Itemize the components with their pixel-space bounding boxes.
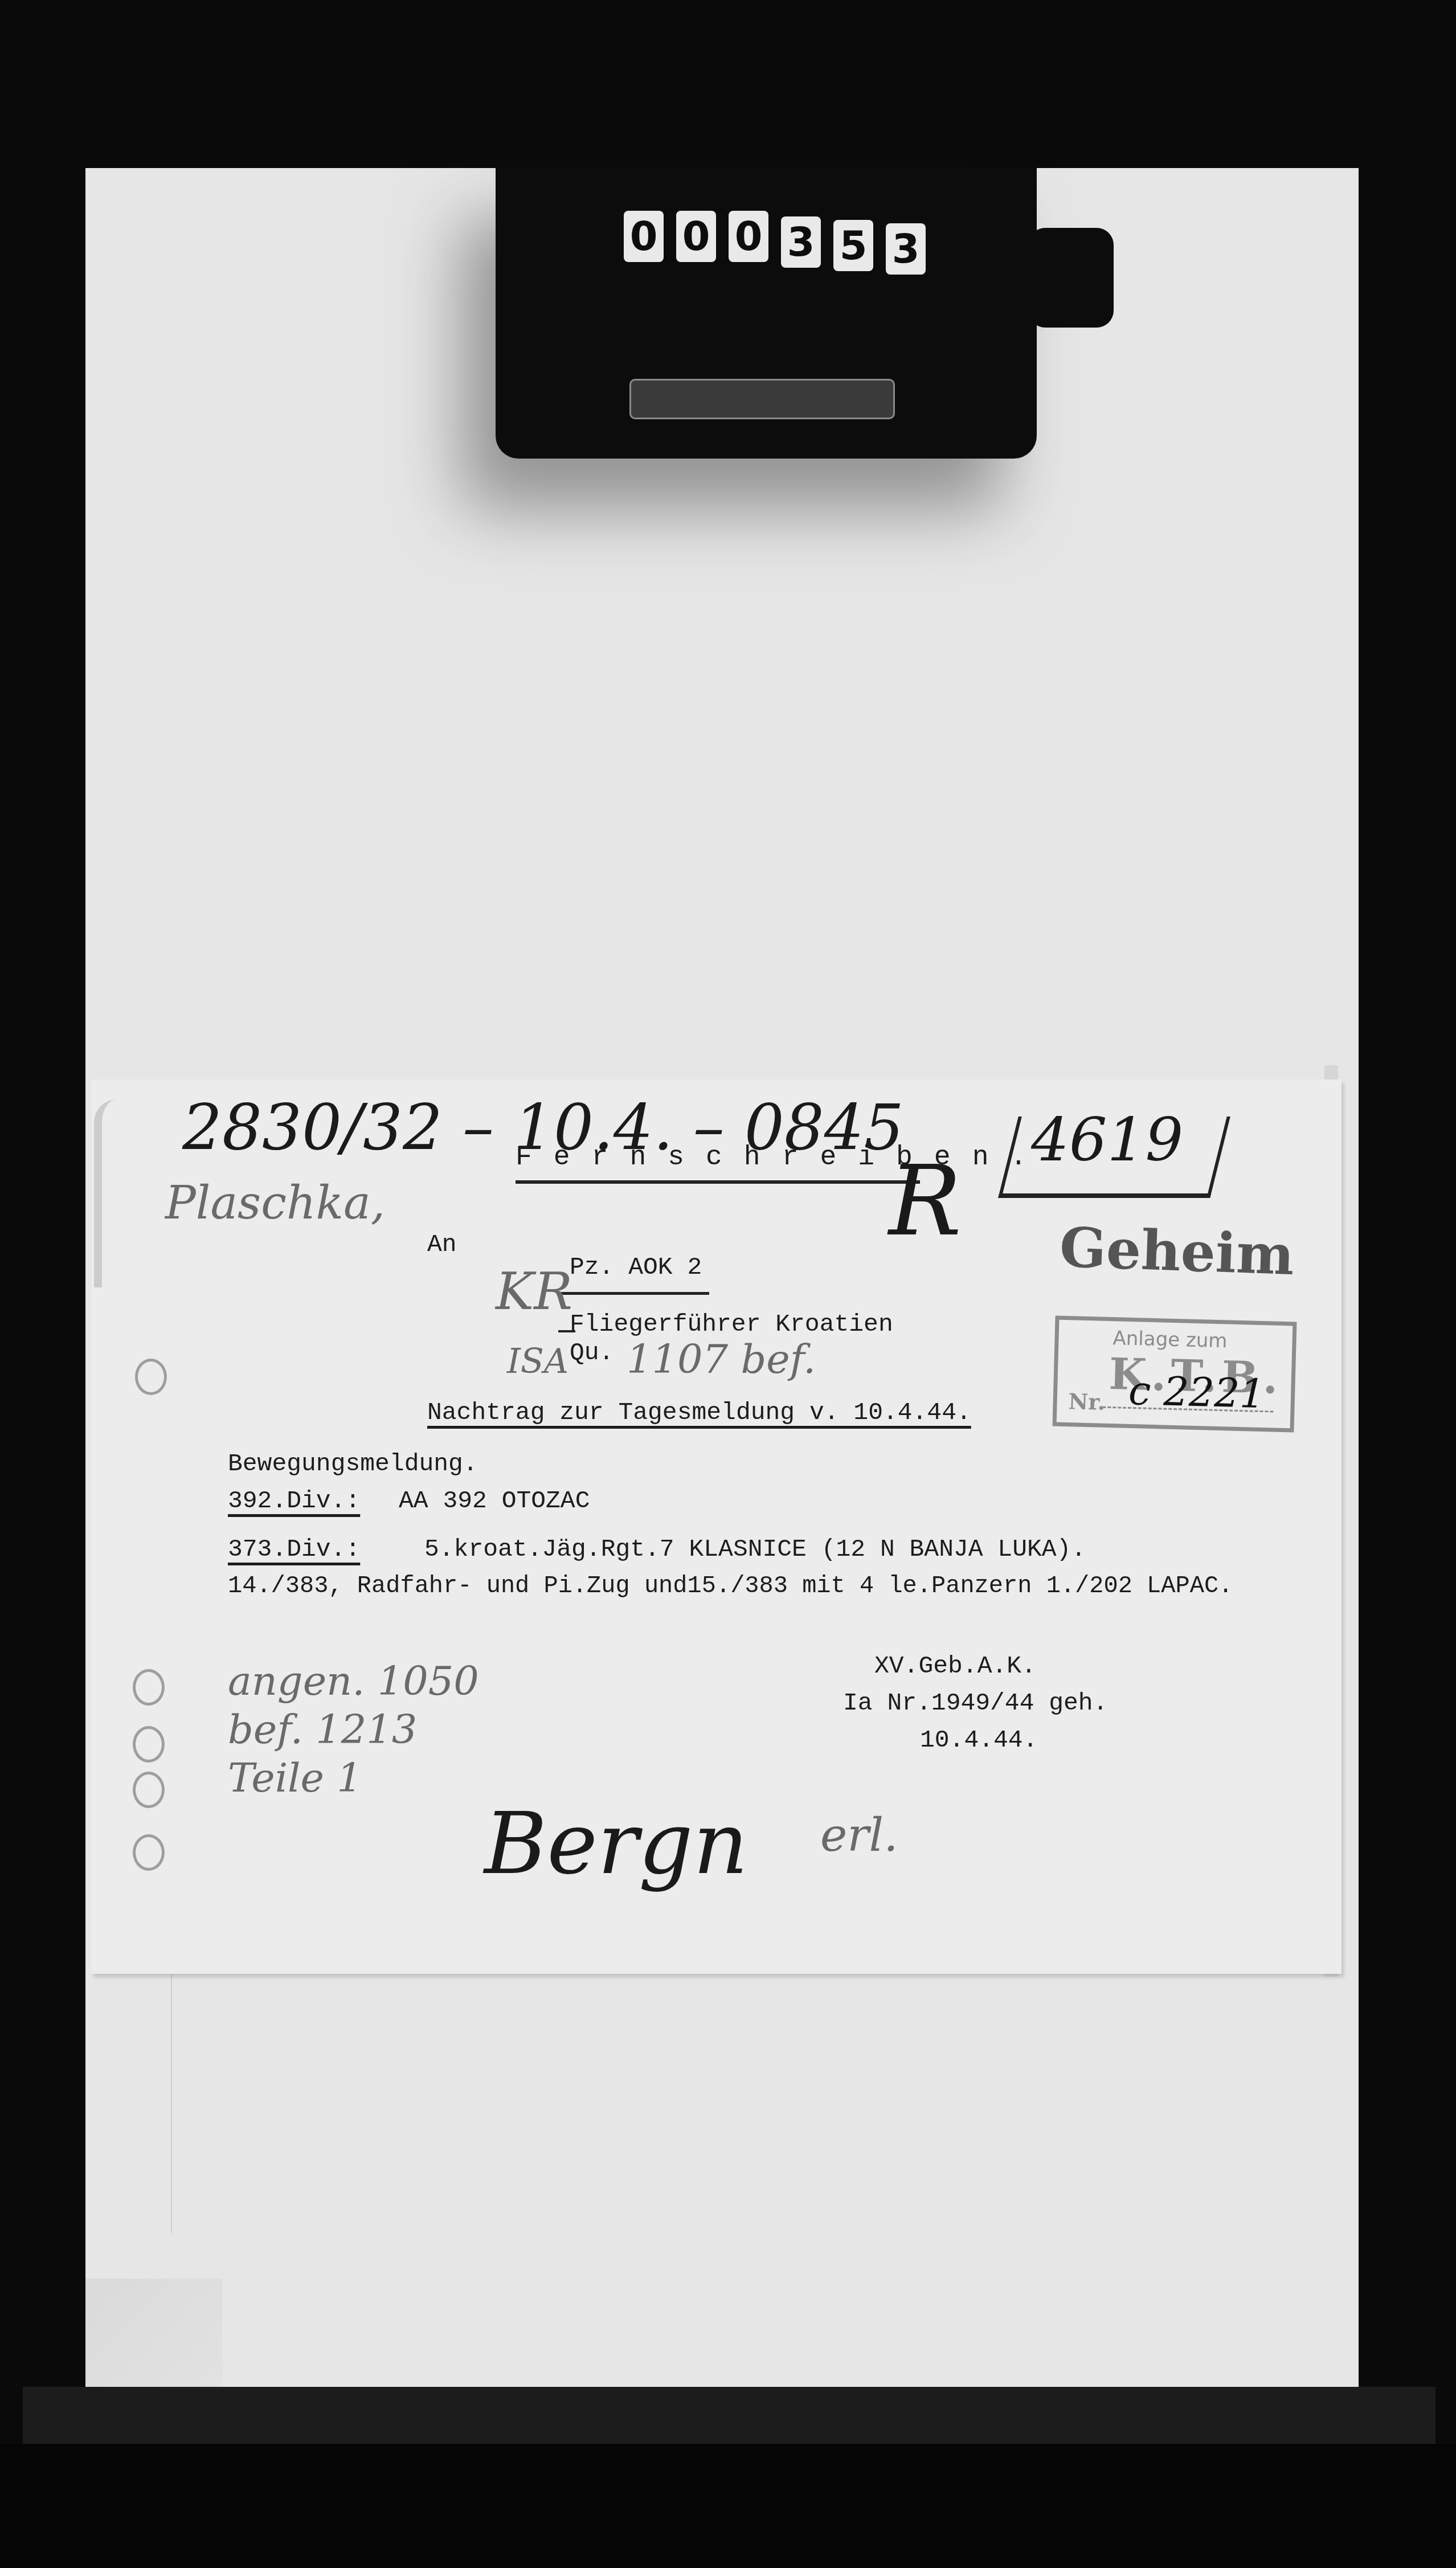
title-underline bbox=[516, 1180, 920, 1184]
sender-reference: Ia Nr.1949/44 geh. bbox=[843, 1689, 1107, 1717]
document-title: Fernschreiben. bbox=[516, 1142, 1048, 1173]
classification-stamp: Geheim bbox=[1058, 1215, 1295, 1287]
counter-digit: 5 bbox=[833, 220, 873, 271]
counter-digit: 3 bbox=[781, 216, 821, 268]
handwritten-margin-note: ISA bbox=[507, 1342, 569, 1381]
sender-unit: XV.Geb.A.K. bbox=[874, 1652, 1036, 1680]
counter-display: 0 0 0 3 5 3 bbox=[624, 211, 926, 275]
entry-unit: 392.Div.: bbox=[228, 1487, 360, 1515]
subject-line: Nachtrag zur Tagesmeldung v. 10.4.44. bbox=[427, 1399, 971, 1426]
entry-text: AA 392 OTOZAC bbox=[399, 1487, 590, 1515]
punch-hole-icon bbox=[133, 1726, 165, 1763]
sender-date: 10.4.44. bbox=[920, 1726, 1037, 1754]
counter-nameplate bbox=[629, 379, 895, 419]
counter-digit: 0 bbox=[624, 211, 664, 262]
counter-knob bbox=[1028, 228, 1114, 328]
entry-unit: 373.Div.: bbox=[228, 1535, 360, 1563]
recipient-pz-aok: Pz. AOK 2 bbox=[570, 1253, 702, 1281]
punch-hole-icon bbox=[135, 1359, 167, 1395]
handwritten-receipt-line: Teile 1 bbox=[228, 1755, 362, 1801]
continuation-line: 14./383, Radfahr- und Pi.Zug und15./383 … bbox=[228, 1572, 1233, 1600]
signature: Bergn bbox=[484, 1794, 748, 1894]
recipient-fliegerfuehrer: Fliegerführer Kroatien bbox=[570, 1310, 893, 1338]
punch-hole-icon bbox=[133, 1834, 165, 1871]
entry-text: 5.kroat.Jäg.Rgt.7 KLASNICE (12 N BANJA L… bbox=[424, 1535, 1086, 1563]
addressee-label: An bbox=[427, 1230, 457, 1258]
counter-digit: 0 bbox=[729, 211, 768, 262]
ktb-stamp-nr-value: c 2221 bbox=[1128, 1367, 1266, 1417]
handwritten-qu-note: 1107 bef. bbox=[627, 1336, 816, 1383]
punch-hole-icon bbox=[133, 1669, 165, 1706]
backing-fold bbox=[85, 2279, 222, 2393]
ktb-stamp-nr-label: Nr. bbox=[1068, 1388, 1106, 1415]
handwritten-erl-note: erl. bbox=[820, 1809, 898, 1862]
counter-digit: 3 bbox=[886, 223, 926, 275]
handwritten-receipt-line: bef. 1213 bbox=[228, 1706, 417, 1753]
recipient-qu: Qu. bbox=[570, 1339, 614, 1367]
handwritten-initial: R bbox=[889, 1145, 962, 1258]
film-frame-band bbox=[23, 2387, 1435, 2450]
handwritten-boxed-number: 4619 bbox=[1031, 1105, 1183, 1175]
section-heading: Bewegungsmeldung. bbox=[228, 1450, 478, 1478]
film-frame-bottom bbox=[0, 2444, 1456, 2568]
handwritten-receipt-line: angen. 1050 bbox=[228, 1658, 479, 1704]
counter-digit: 0 bbox=[676, 211, 716, 262]
ktb-annex-stamp: Anlage zum K.T.B. Nr. c 2221 bbox=[1053, 1315, 1297, 1432]
handwritten-kr-note: KR bbox=[496, 1262, 572, 1322]
torn-edge bbox=[94, 1099, 170, 1287]
recipient-underline bbox=[561, 1292, 709, 1295]
punch-hole-icon bbox=[133, 1772, 165, 1808]
handwritten-name-note: Plaschka, bbox=[165, 1176, 385, 1229]
backing-crease bbox=[171, 1937, 172, 2233]
